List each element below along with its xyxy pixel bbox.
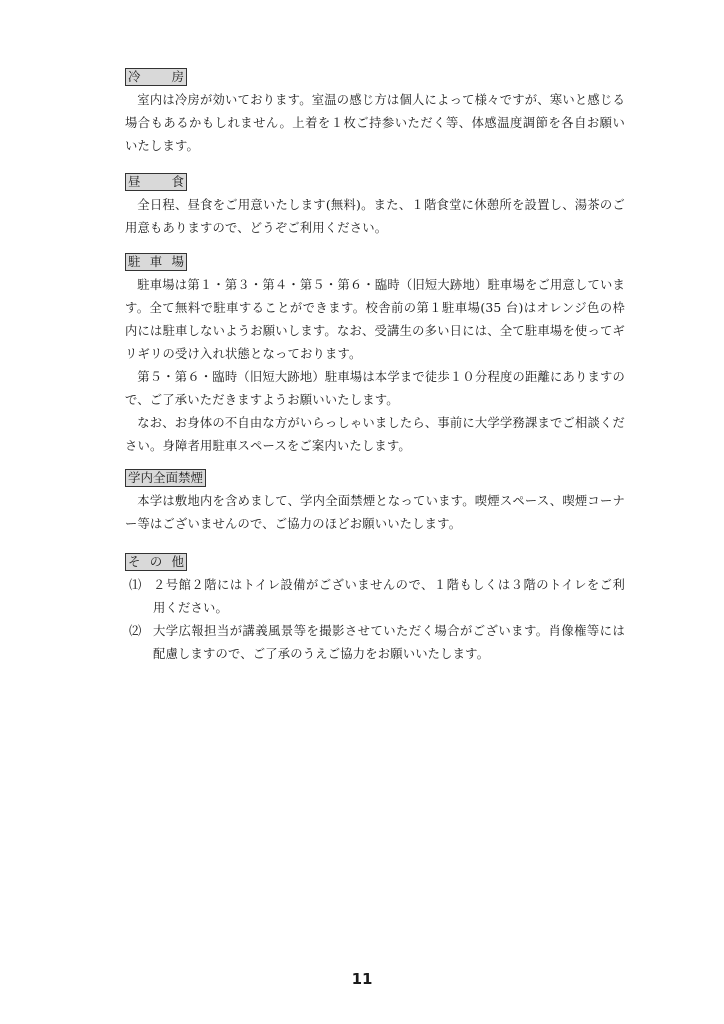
no-smoking-paragraph: 本学は敷地内を含めまして、学内全面禁煙となっています。喫煙スペース、喫煙コーナー… (125, 490, 625, 536)
parking-paragraph-3: なお、お身体の不自由な方がいらっしゃいましたら、事前に大学学務課までご相談くださ… (125, 412, 625, 458)
list-item-text: ２号館２階にはトイレ設備がございませんので、１階もしくは３階のトイレをご利用くだ… (153, 574, 625, 620)
section-heading-no-smoking: 学内全面禁煙 (125, 469, 206, 487)
list-item-number: ⑴ (125, 574, 153, 620)
document-page: 冷 房 室内は冷房が効いております。室温の感じ方は個人によって様々ですが、寒いと… (0, 0, 724, 1024)
section-lunch: 昼 食 全日程、昼食をご用意いたします(無料)。また、１階食堂に休憩所を設置し、… (125, 171, 625, 240)
list-item: ⑵ 大学広報担当が講義風景等を撮影させていただく場合がございます。肖像権等には配… (125, 620, 625, 666)
lunch-paragraph: 全日程、昼食をご用意いたします(無料)。また、１階食堂に休憩所を設置し、湯茶のご… (125, 194, 625, 240)
parking-paragraph-1: 駐車場は第１・第３・第４・第５・第６・臨時（旧短大跡地）駐車場をご用意しています… (125, 274, 625, 366)
section-cooling: 冷 房 室内は冷房が効いております。室温の感じ方は個人によって様々ですが、寒いと… (125, 66, 625, 158)
section-no-smoking: 学内全面禁煙 本学は敷地内を含めまして、学内全面禁煙となっています。喫煙スペース… (125, 467, 625, 536)
section-heading-other: そ の 他 (125, 553, 187, 571)
parking-paragraph-2: 第５・第６・臨時（旧短大跡地）駐車場は本学まで徒歩１０分程度の距離にありますので… (125, 366, 625, 412)
list-item-number: ⑵ (125, 620, 153, 666)
section-heading-parking: 駐 車 場 (125, 253, 187, 271)
section-heading-lunch: 昼 食 (125, 173, 187, 191)
section-other: そ の 他 ⑴ ２号館２階にはトイレ設備がございませんので、１階もしくは３階のト… (125, 551, 625, 666)
list-item-text: 大学広報担当が講義風景等を撮影させていただく場合がございます。肖像権等には配慮し… (153, 620, 625, 666)
page-number: 11 (0, 970, 724, 988)
section-parking: 駐 車 場 駐車場は第１・第３・第４・第５・第６・臨時（旧短大跡地）駐車場をご用… (125, 251, 625, 458)
list-item: ⑴ ２号館２階にはトイレ設備がございませんので、１階もしくは３階のトイレをご利用… (125, 574, 625, 620)
section-heading-cooling: 冷 房 (125, 68, 187, 86)
cooling-paragraph: 室内は冷房が効いております。室温の感じ方は個人によって様々ですが、寒いと感じる場… (125, 89, 625, 158)
